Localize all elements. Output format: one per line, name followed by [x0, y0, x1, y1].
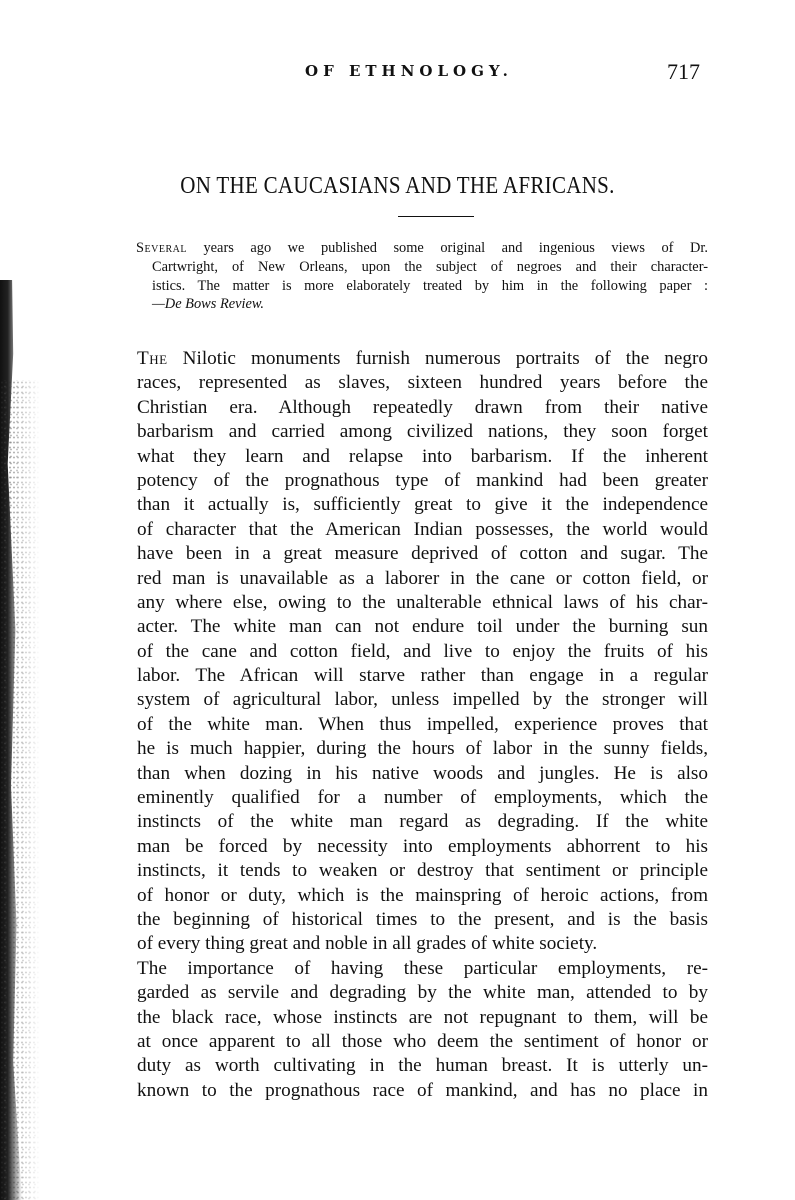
text-line: instincts of the white man regard as deg…	[137, 810, 708, 834]
editorial-intro: Several years ago we published some orig…	[136, 239, 708, 314]
article-title: ON THE CAUCASIANS AND THE AFRICANS.	[0, 171, 795, 200]
text-line: man be forced by necessity into employme…	[137, 835, 708, 859]
text-line: what they learn and relapse into barbari…	[137, 445, 708, 469]
text-line: garded as servile and degrading by the w…	[137, 981, 708, 1005]
running-title: OF ETHNOLOGY.	[305, 62, 513, 80]
title-divider	[398, 216, 474, 217]
text-line: labor. The African will starve rather th…	[137, 664, 708, 688]
scan-noise	[0, 380, 40, 1200]
page-number: 717	[667, 59, 700, 85]
intro-line: Several years ago we published some orig…	[136, 239, 708, 258]
text-line: Christian era. Although repeatedly drawn…	[137, 396, 708, 420]
text-line: races, represented as slaves, sixteen hu…	[137, 371, 708, 395]
intro-line: istics. The matter is more elaborately t…	[136, 277, 708, 296]
text-line: eminently qualified for a number of empl…	[137, 786, 708, 810]
text-line: of the white man. When thus impelled, ex…	[137, 713, 708, 737]
text-line: than when dozing in his native woods and…	[137, 762, 708, 786]
running-head: OF ETHNOLOGY. 717	[0, 60, 795, 90]
text-line: of character that the American Indian po…	[137, 518, 708, 542]
paragraph-2: The importance of having these particula…	[137, 957, 708, 1103]
text-line: than it actually is, sufficiently great …	[137, 493, 708, 517]
text-line: instincts, it tends to weaken or destroy…	[137, 859, 708, 883]
paragraph-1: The Nilotic monuments furnish numerous p…	[137, 347, 708, 957]
paragraph-lead: The	[137, 348, 168, 369]
text-line: the beginning of historical times to the…	[137, 908, 708, 932]
text-line: of every thing great and noble in all gr…	[137, 932, 708, 956]
text-line: he is much happier, during the hours of …	[137, 737, 708, 761]
text-line: barbarism and carried among civilized na…	[137, 420, 708, 444]
text-line: red man is unavailable as a laborer in t…	[137, 567, 708, 591]
text-line: acter. The white man can not endure toil…	[137, 615, 708, 639]
text-line: of the cane and cotton field, and live t…	[137, 640, 708, 664]
intro-line: Cartwright, of New Orleans, upon the sub…	[136, 258, 708, 277]
text-line: potency of the prognathous type of manki…	[137, 469, 708, 493]
text-line: The Nilotic monuments furnish numerous p…	[137, 347, 708, 371]
text-line: duty as worth cultivating in the human b…	[137, 1054, 708, 1078]
text-line: have been in a great measure deprived of…	[137, 542, 708, 566]
text-line: the black race, whose instincts are not …	[137, 1006, 708, 1030]
text-line: known to the prognathous race of mankind…	[137, 1079, 708, 1103]
text-line: of honor or duty, which is the mainsprin…	[137, 884, 708, 908]
text-line: any where else, owing to the unalterable…	[137, 591, 708, 615]
article-body: The Nilotic monuments furnish numerous p…	[137, 347, 708, 1103]
text-line: system of agricultural labor, unless imp…	[137, 688, 708, 712]
intro-attribution: —De Bows Review.	[136, 295, 708, 314]
text-line: at once apparent to all those who deem t…	[137, 1030, 708, 1054]
intro-lead: Several	[136, 240, 187, 256]
text-line: The importance of having these particula…	[137, 957, 708, 981]
